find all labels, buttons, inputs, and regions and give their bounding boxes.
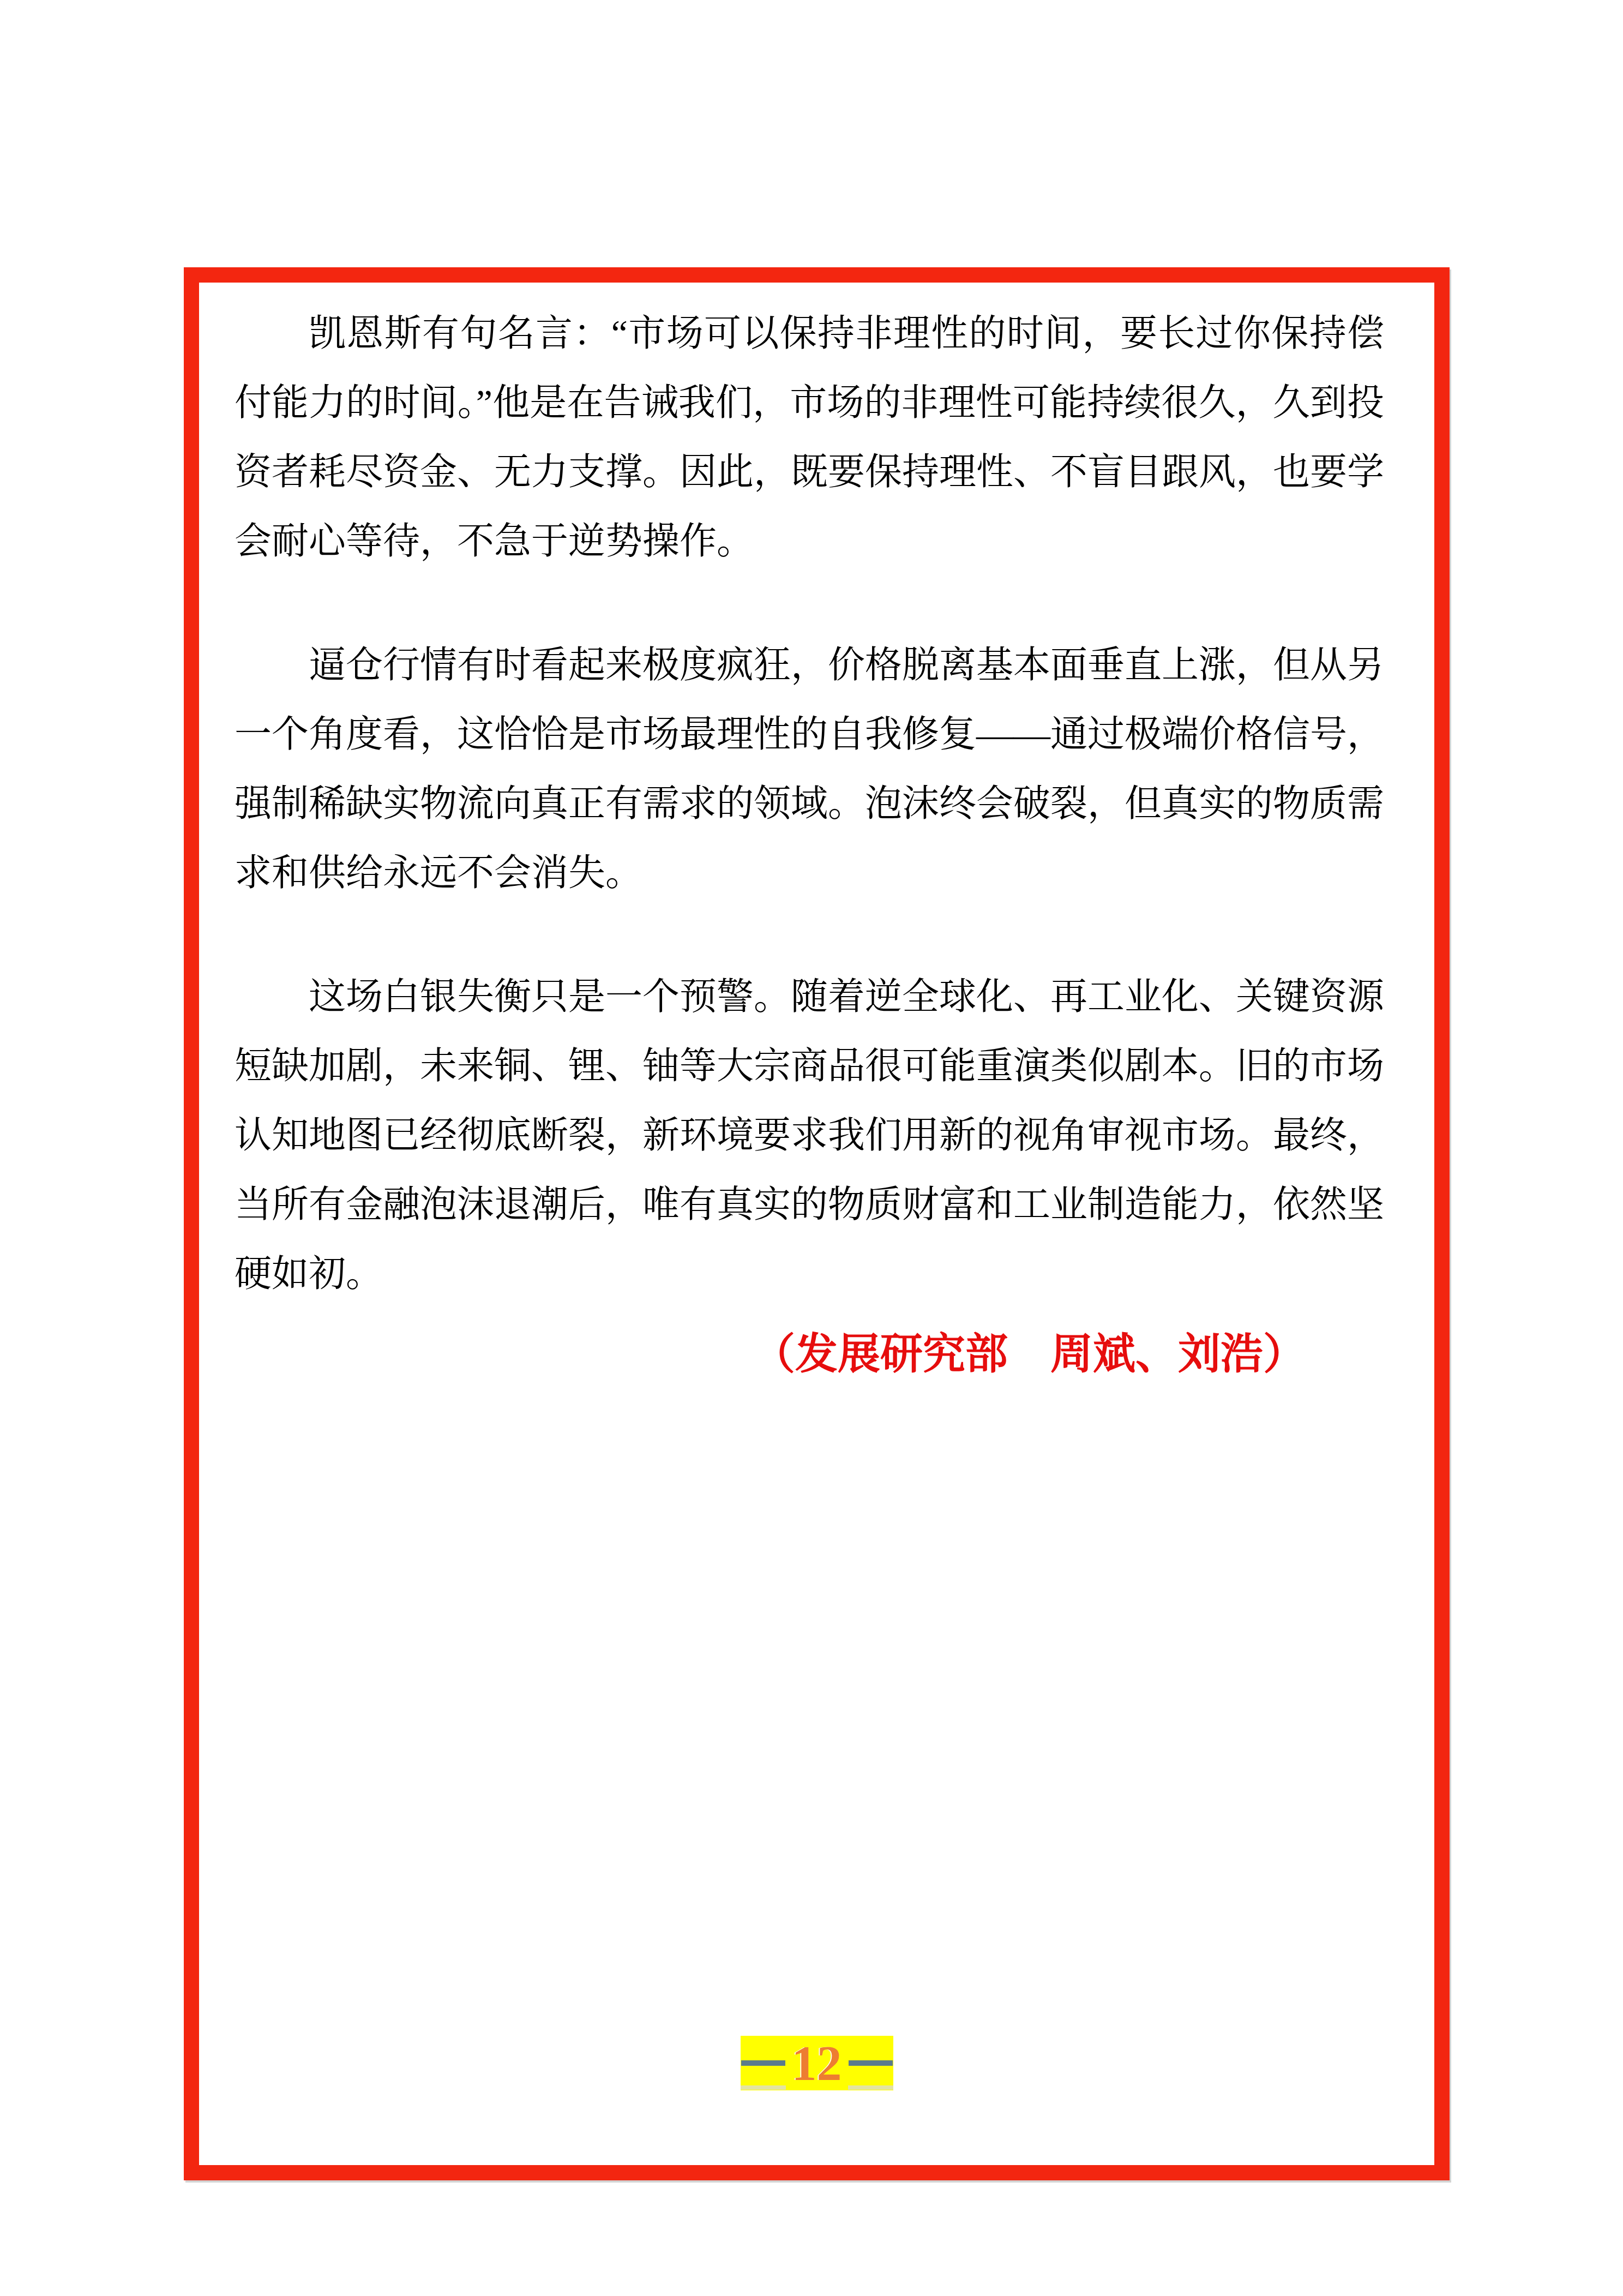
page-footer: 12	[199, 2036, 1434, 2090]
red-border-frame: 凯恩斯有句名言：“市场可以保持非理性的时间，要长过你保持偿付能力的时间。”他是在…	[184, 267, 1450, 2180]
paragraph-2: 逼仓行情有时看起来极度疯狂，价格脱离基本面垂直上涨，但从另一个角度看，这恰恰是市…	[235, 631, 1384, 908]
em-dash-right-icon	[849, 2060, 893, 2066]
page-number-highlight: 12	[741, 2036, 893, 2090]
paragraph-1: 凯恩斯有句名言：“市场可以保持非理性的时间，要长过你保持偿付能力的时间。”他是在…	[235, 299, 1384, 576]
paragraph-3: 这场白银失衡只是一个预警。随着逆全球化、再工业化、关键资源短缺加剧，未来铜、锂、…	[235, 962, 1384, 1309]
article-body: 凯恩斯有句名言：“市场可以保持非理性的时间，要长过你保持偿付能力的时间。”他是在…	[199, 283, 1417, 1389]
document-page: 凯恩斯有句名言：“市场可以保持非理性的时间，要长过你保持偿付能力的时间。”他是在…	[0, 0, 1623, 2296]
signature-line: （发展研究部 周斌、刘浩）	[235, 1320, 1306, 1389]
em-dash-left-icon	[741, 2060, 785, 2066]
page-number: 12	[792, 2036, 842, 2090]
